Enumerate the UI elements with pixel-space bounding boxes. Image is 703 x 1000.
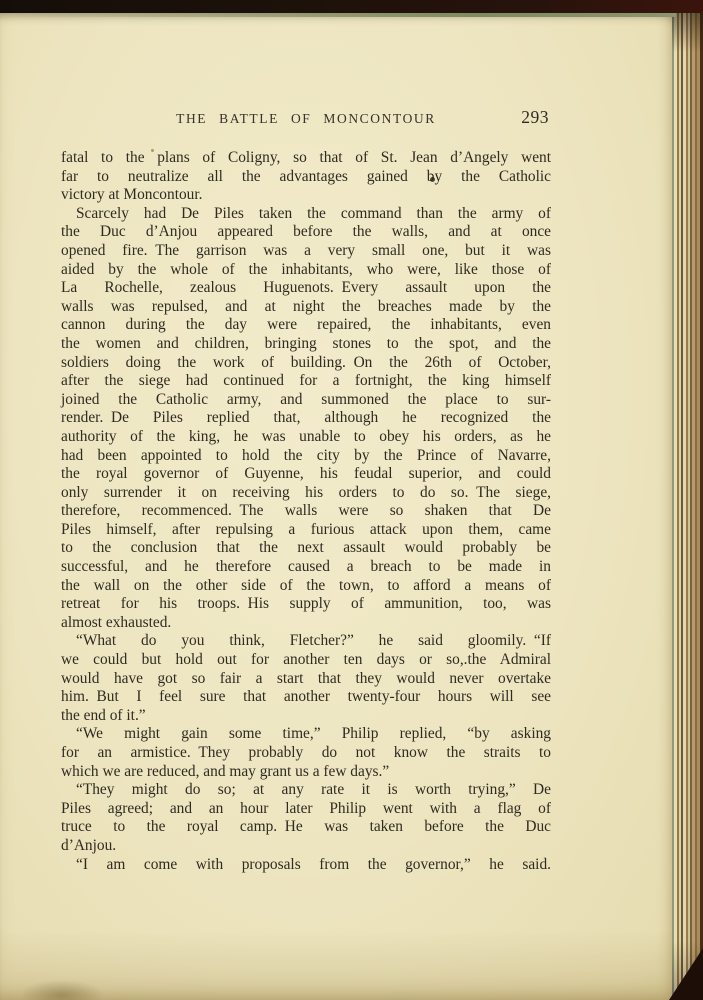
text-line: fatal to the plans of Coligny, so that o… [61, 149, 551, 168]
book-cover-top-edge [0, 0, 703, 13]
text-line: would have got so fair a start that they… [61, 670, 551, 689]
text-line: Scarcely had De Piles taken the command … [61, 205, 551, 224]
text-line: almost exhausted. [61, 614, 551, 633]
text-line: far to neutralize all the advantages gai… [61, 168, 551, 187]
text-line: after the siege had continued for a fort… [61, 372, 551, 391]
text-line: the wall on the other side of the town, … [61, 577, 551, 596]
text-line: him. But I feel sure that another twenty… [61, 688, 551, 707]
text-line: retreat for his troops. His supply of am… [61, 595, 551, 614]
text-line: the Duc d’Anjou appeared before the wall… [61, 223, 551, 242]
text-line: the end of it.” [61, 707, 551, 726]
paragraph: “They might do so; at any rate it is wor… [61, 781, 551, 855]
text-line: cannon during the day were repaired, the… [61, 316, 551, 335]
text-line: the women and children, bringing stones … [61, 335, 551, 354]
text-block: fatal to the plans of Coligny, so that o… [61, 149, 551, 874]
text-line: La Rochelle, zealous Huguenots. Every as… [61, 279, 551, 298]
text-line: “What do you think, Fletcher?” he said g… [61, 632, 551, 651]
text-line: “I am come with proposals from the gover… [61, 856, 551, 875]
paragraph: “What do you think, Fletcher?” he said g… [61, 632, 551, 725]
text-line: for an armistice. They probably do not k… [61, 744, 551, 763]
text-line: authority of the king, he was unable to … [61, 428, 551, 447]
text-line: Piles himself, after repulsing a furious… [61, 521, 551, 540]
text-line: which we are reduced, and may grant us a… [61, 763, 551, 782]
text-line: d’Anjou. [61, 837, 551, 856]
text-line: had been appointed to hold the city by t… [61, 447, 551, 466]
text-line: aided by the whole of the inhabitants, w… [61, 261, 551, 280]
text-line: opened fire. The garrison was a very sma… [61, 242, 551, 261]
text-line: “We might gain some time,” Philip replie… [61, 725, 551, 744]
text-line: soldiers doing the work of building. On … [61, 354, 551, 373]
text-line: victory at Moncontour. [61, 186, 551, 205]
paragraph: fatal to the plans of Coligny, so that o… [61, 149, 551, 205]
text-line: we could but hold out for another ten da… [61, 651, 551, 670]
paragraph: Scarcely had De Piles taken the command … [61, 205, 551, 633]
text-line: therefore, recommenced. The walls were s… [61, 502, 551, 521]
text-line: only surrender it on receiving his order… [61, 484, 551, 503]
running-head: THE BATTLE OF MONCONTOUR [61, 108, 551, 130]
text-line: to the conclusion that the next assault … [61, 539, 551, 558]
text-line: joined the Catholic army, and summoned t… [61, 391, 551, 410]
text-line: truce to the royal camp. He was taken be… [61, 818, 551, 837]
book-scan: THE BATTLE OF MONCONTOUR 293 fatal to th… [0, 0, 703, 1000]
paragraph: “We might gain some time,” Philip replie… [61, 725, 551, 781]
text-line: the royal governor of Guyenne, his feuda… [61, 465, 551, 484]
text-line: walls was repulsed, and at night the bre… [61, 298, 551, 317]
page-header: THE BATTLE OF MONCONTOUR 293 [61, 108, 551, 130]
text-line: render. De Piles replied that, although … [61, 409, 551, 428]
text-line: “They might do so; at any rate it is wor… [61, 781, 551, 800]
page-number: 293 [521, 106, 549, 128]
paragraph: “I am come with proposals from the gover… [61, 856, 551, 875]
text-line: successful, and he therefore caused a br… [61, 558, 551, 577]
fore-edge-page-stack [672, 13, 703, 1000]
text-line: Piles agreed; and an hour later Philip w… [61, 800, 551, 819]
